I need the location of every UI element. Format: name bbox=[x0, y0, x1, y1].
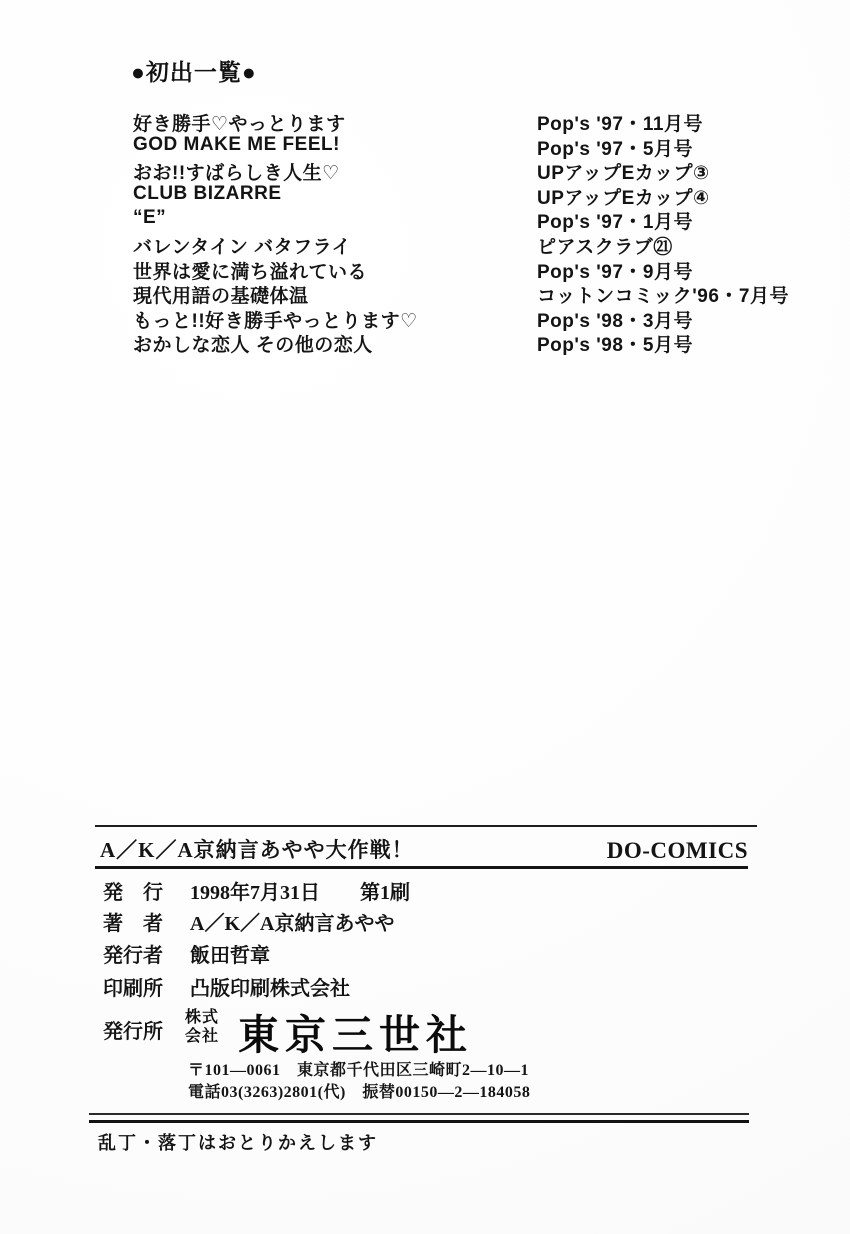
divider-bottom bbox=[89, 1113, 749, 1123]
row-label: 印刷所 bbox=[103, 972, 163, 1001]
row-value: A／K／A京納言あやや bbox=[190, 907, 394, 936]
scanned-page: ●初出一覧● 好き勝手♡やっとります Pop's '97・11月号 GOD MA… bbox=[0, 0, 850, 1234]
colophon-row-publisher-person: 発行者 飯田哲章 bbox=[0, 939, 850, 965]
defect-exchange-notice: 乱丁・落丁はおとりかえします bbox=[98, 1129, 378, 1155]
corp-badge-bottom: 会社 bbox=[185, 1028, 219, 1045]
colophon-row-author: 著 者 A／K／A京納言あやや bbox=[0, 907, 850, 933]
publisher-phone: 電話03(3263)2801(代) 振替00150—2—184058 bbox=[188, 1079, 530, 1102]
row-label: 発 行 bbox=[103, 876, 163, 905]
row-label: 発行者 bbox=[103, 939, 163, 968]
kabushiki-gaisha-badge: 株式会社 bbox=[181, 1008, 223, 1046]
divider-title bbox=[95, 866, 748, 869]
row-value: 凸版印刷株式会社 bbox=[190, 972, 350, 1001]
row-label: 発行所 bbox=[103, 1015, 163, 1044]
row-label: 著 者 bbox=[103, 907, 163, 936]
colophon-row-publishing-house: 発行所 株式会社 東京三世社 bbox=[0, 1004, 850, 1052]
imprint-label: DO-COMICS bbox=[607, 838, 748, 864]
book-title: A／K／A京納言あやや大作戦！ bbox=[100, 834, 414, 864]
publisher-name: 東京三世社 bbox=[238, 1002, 473, 1061]
colophon-row-printer: 印刷所 凸版印刷株式会社 bbox=[0, 972, 850, 998]
colophon: A／K／A京納言あやや大作戦！ DO-COMICS 発 行 1998年7月31日… bbox=[0, 0, 850, 1234]
row-value: 飯田哲章 bbox=[190, 939, 270, 968]
row-value: 1998年7月31日 第1刷 bbox=[190, 876, 410, 905]
publisher-address: 〒101—0061 東京都千代田区三崎町2—10—1 bbox=[188, 1057, 529, 1080]
divider-top bbox=[95, 825, 757, 827]
corp-badge-top: 株式 bbox=[185, 1009, 219, 1026]
colophon-row-issue: 発 行 1998年7月31日 第1刷 bbox=[0, 876, 850, 902]
